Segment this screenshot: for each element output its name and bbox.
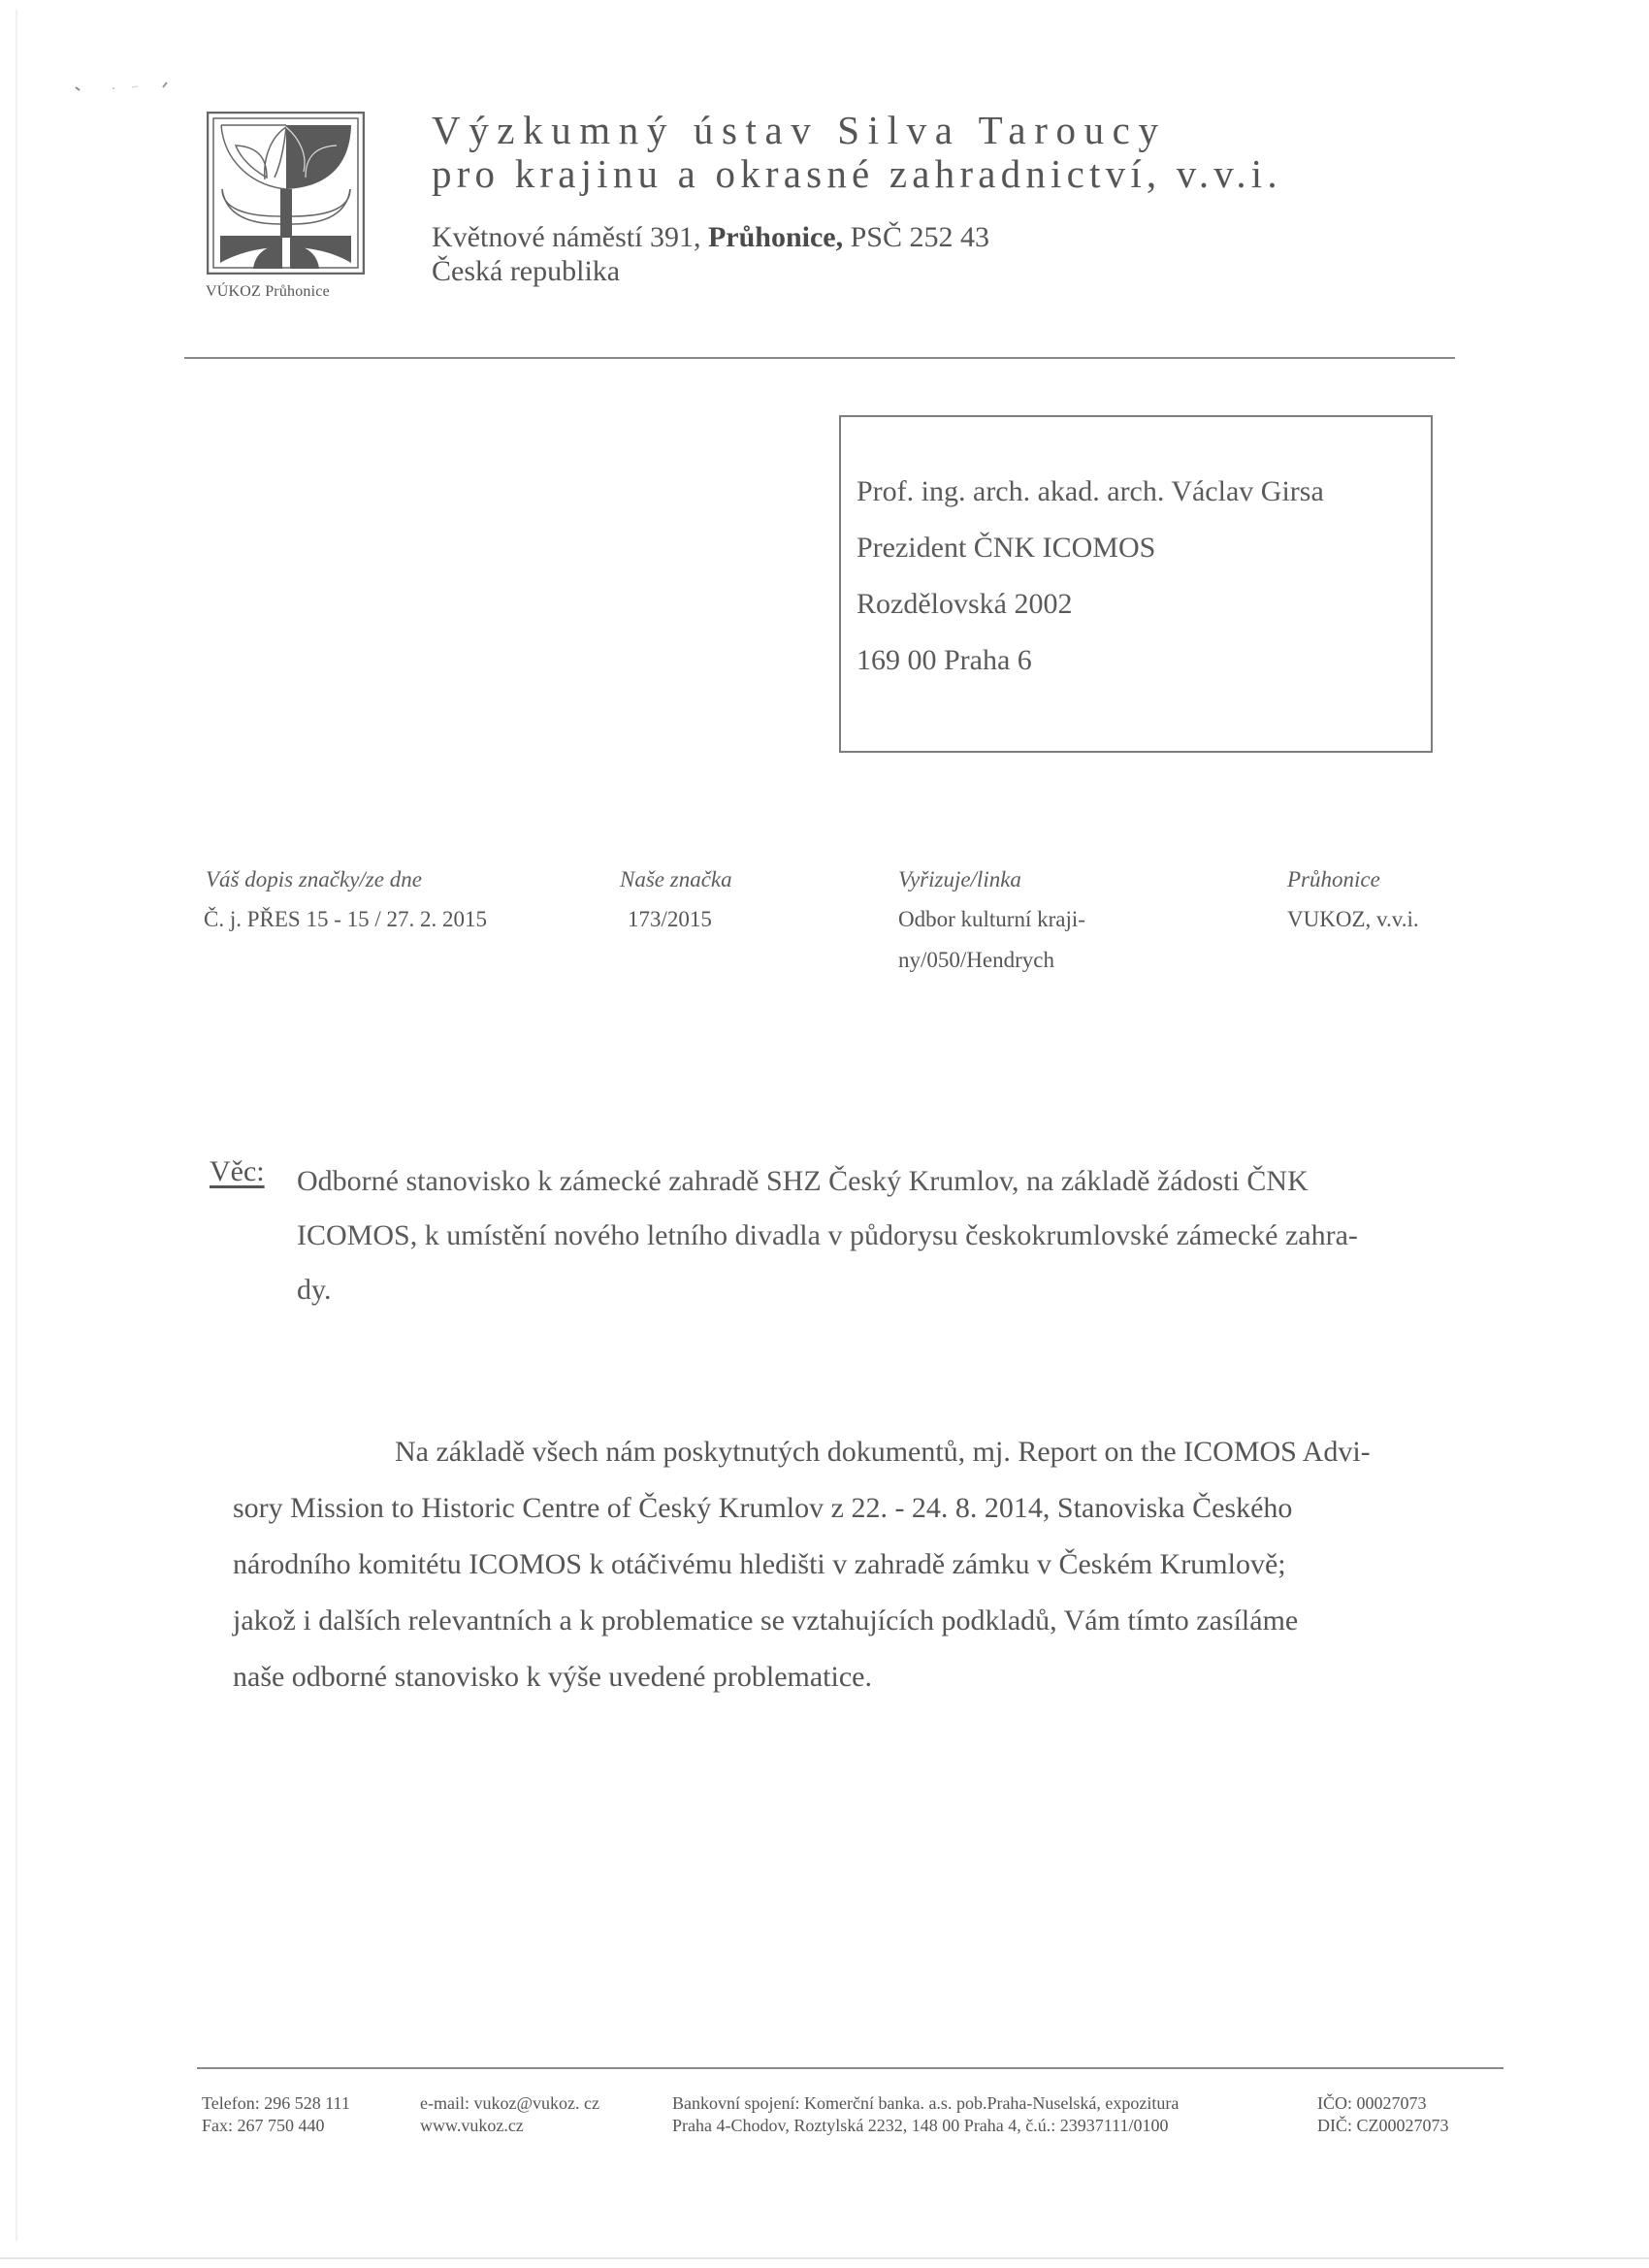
footer-fax: Fax: 267 750 440 [202,2115,325,2137]
body-paragraph: Na základě všech nám poskytnutých dokume… [233,1424,1513,1705]
body-line: národního komitétu ICOMOS k otáčivému hl… [233,1537,1513,1593]
ref-your-letter-value: Č. j. PŘES 15 - 15 / 27. 2. 2015 [204,906,487,933]
footer-dic: DIČ: CZ00027073 [1317,2115,1449,2137]
footer-phone: Telefon: 296 528 111 [202,2092,350,2115]
ref-handled-by-value-line2: ny/050/Hendrych [898,947,1054,974]
ref-your-letter-label: Váš dopis značky/ze dne [206,866,422,893]
footer-bank-line1: Bankovní spojení: Komerční banka. a.s. p… [672,2092,1179,2115]
address-postcode: PSČ 252 43 [843,221,989,253]
institution-address: Květnové náměstí 391, Průhonice, PSČ 252… [432,221,989,254]
ref-handled-by-value-line1: Odbor kulturní kraji- [898,906,1085,933]
scan-edge-left [16,10,17,2241]
logo [207,112,365,275]
address-street: Květnové náměstí 391, [432,221,708,253]
header-divider [184,357,1455,359]
ref-our-mark-label: Naše značka [620,866,732,893]
footer-bank-line2: Praha 4-Chodov, Roztylská 2232, 148 00 P… [672,2115,1168,2137]
footer-email-link[interactable]: e-mail: vukoz@vukoz. cz [420,2092,599,2115]
institution-name-line1: Výzkumný ústav Silva Taroucy [432,107,1167,153]
body-line: naše odborné stanovisko k výše uvedené p… [233,1649,1513,1705]
body-line: Na základě všech nám poskytnutých dokume… [233,1424,1513,1480]
recipient-address-box [839,415,1433,753]
ref-handled-by-label: Vyřizuje/linka [898,866,1021,893]
plant-emblem-icon [207,112,365,275]
subject-line: dy. [297,1263,1500,1317]
subject-line: ICOMOS, k umístění nového letního divadl… [297,1209,1500,1263]
institution-country: Česká republika [432,255,620,288]
footer-website-link[interactable]: www.vukoz.cz [420,2115,524,2137]
scan-edge-bottom [0,2257,1649,2259]
address-city: Průhonice, [708,221,843,253]
body-line: sory Mission to Historic Centre of Český… [233,1480,1513,1537]
body-line: jakož i dalších relevantních a k problem… [233,1593,1513,1649]
subject-line: Odborné stanovisko k zámecké zahradě SHZ… [297,1154,1500,1209]
subject-label: Věc: [210,1154,265,1189]
recipient-city: 169 00 Praha 6 [857,644,1032,677]
subject-text: Odborné stanovisko k zámecké zahradě SHZ… [297,1154,1500,1317]
institution-name-line2: pro krajinu a okrasné zahradnictví, v.v.… [432,150,1282,197]
logo-caption: VÚKOZ Průhonice [206,283,330,301]
recipient-street: Rozdělovská 2002 [857,588,1072,621]
recipient-name: Prof. ing. arch. akad. arch. Václav Girs… [857,475,1324,508]
footer-divider [197,2067,1503,2069]
ref-place-value: VUKOZ, v.v.i. [1287,906,1419,933]
recipient-title: Prezident ČNK ICOMOS [857,532,1155,565]
ref-our-mark-value: 173/2015 [628,906,712,933]
scan-specks [68,76,184,95]
footer-ico: IČO: 00027073 [1317,2092,1427,2115]
ref-place-label: Průhonice [1287,866,1380,893]
